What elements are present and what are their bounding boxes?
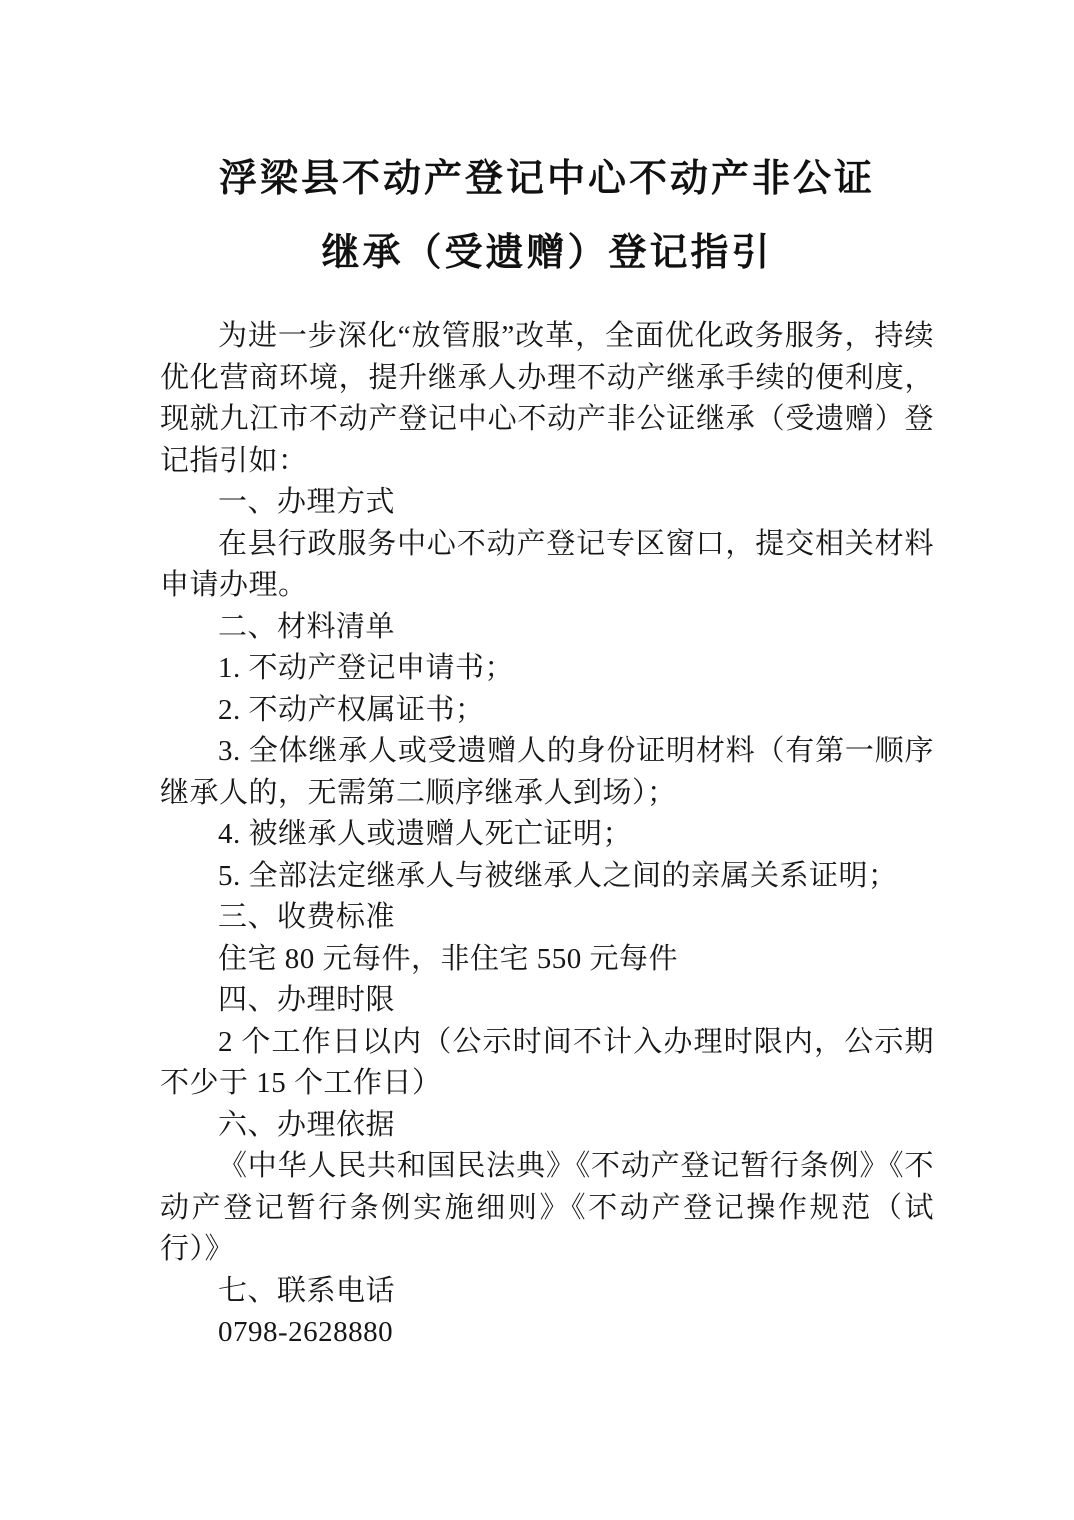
material-item-3: 3. 全体继承人或受遗赠人的身份证明材料（有第一顺序继承人的，无需第二顺序继承人… bbox=[160, 731, 934, 814]
section-2-heading: 二、材料清单 bbox=[160, 607, 934, 649]
section-4-heading: 四、办理时限 bbox=[160, 980, 934, 1022]
section-1-body: 在县行政服务中心不动产登记专区窗口，提交相关材料申请办理。 bbox=[160, 524, 934, 607]
intro-paragraph: 为进一步深化“放管服”改革，全面优化政务服务，持续优化营商环境，提升继承人办理不… bbox=[160, 316, 934, 482]
material-item-4: 4. 被继承人或遗赠人死亡证明； bbox=[160, 814, 934, 856]
section-6-heading: 六、办理依据 bbox=[160, 1105, 934, 1147]
material-item-2: 2. 不动产权属证书； bbox=[160, 690, 934, 732]
document-body: 为进一步深化“放管服”改革，全面优化政务服务，持续优化营商环境，提升继承人办理不… bbox=[160, 316, 934, 1354]
section-7-heading: 七、联系电话 bbox=[160, 1271, 934, 1313]
document-title: 浮梁县不动产登记中心不动产非公证 继承（受遗赠）登记指引 bbox=[160, 142, 934, 290]
phone-number: 0798-2628880 bbox=[160, 1312, 934, 1354]
material-item-1: 1. 不动产登记申请书； bbox=[160, 648, 934, 690]
section-1-heading: 一、办理方式 bbox=[160, 482, 934, 524]
material-item-5: 5. 全部法定继承人与被继承人之间的亲属关系证明； bbox=[160, 856, 934, 898]
title-line-1: 浮梁县不动产登记中心不动产非公证 bbox=[160, 142, 934, 216]
document-page: 浮梁县不动产登记中心不动产非公证 继承（受遗赠）登记指引 为进一步深化“放管服”… bbox=[0, 0, 1074, 1520]
fee-standard-text: 住宅 80 元每件，非住宅 550 元每件 bbox=[160, 939, 934, 981]
section-3-heading: 三、收费标准 bbox=[160, 897, 934, 939]
title-line-2: 继承（受遗赠）登记指引 bbox=[160, 216, 934, 290]
processing-time-text: 2 个工作日以内（公示时间不计入办理时限内，公示期不少于 15 个工作日） bbox=[160, 1022, 934, 1105]
legal-basis-text: 《中华人民共和国民法典》《不动产登记暂行条例》《不动产登记暂行条例实施细则》《不… bbox=[160, 1146, 934, 1271]
